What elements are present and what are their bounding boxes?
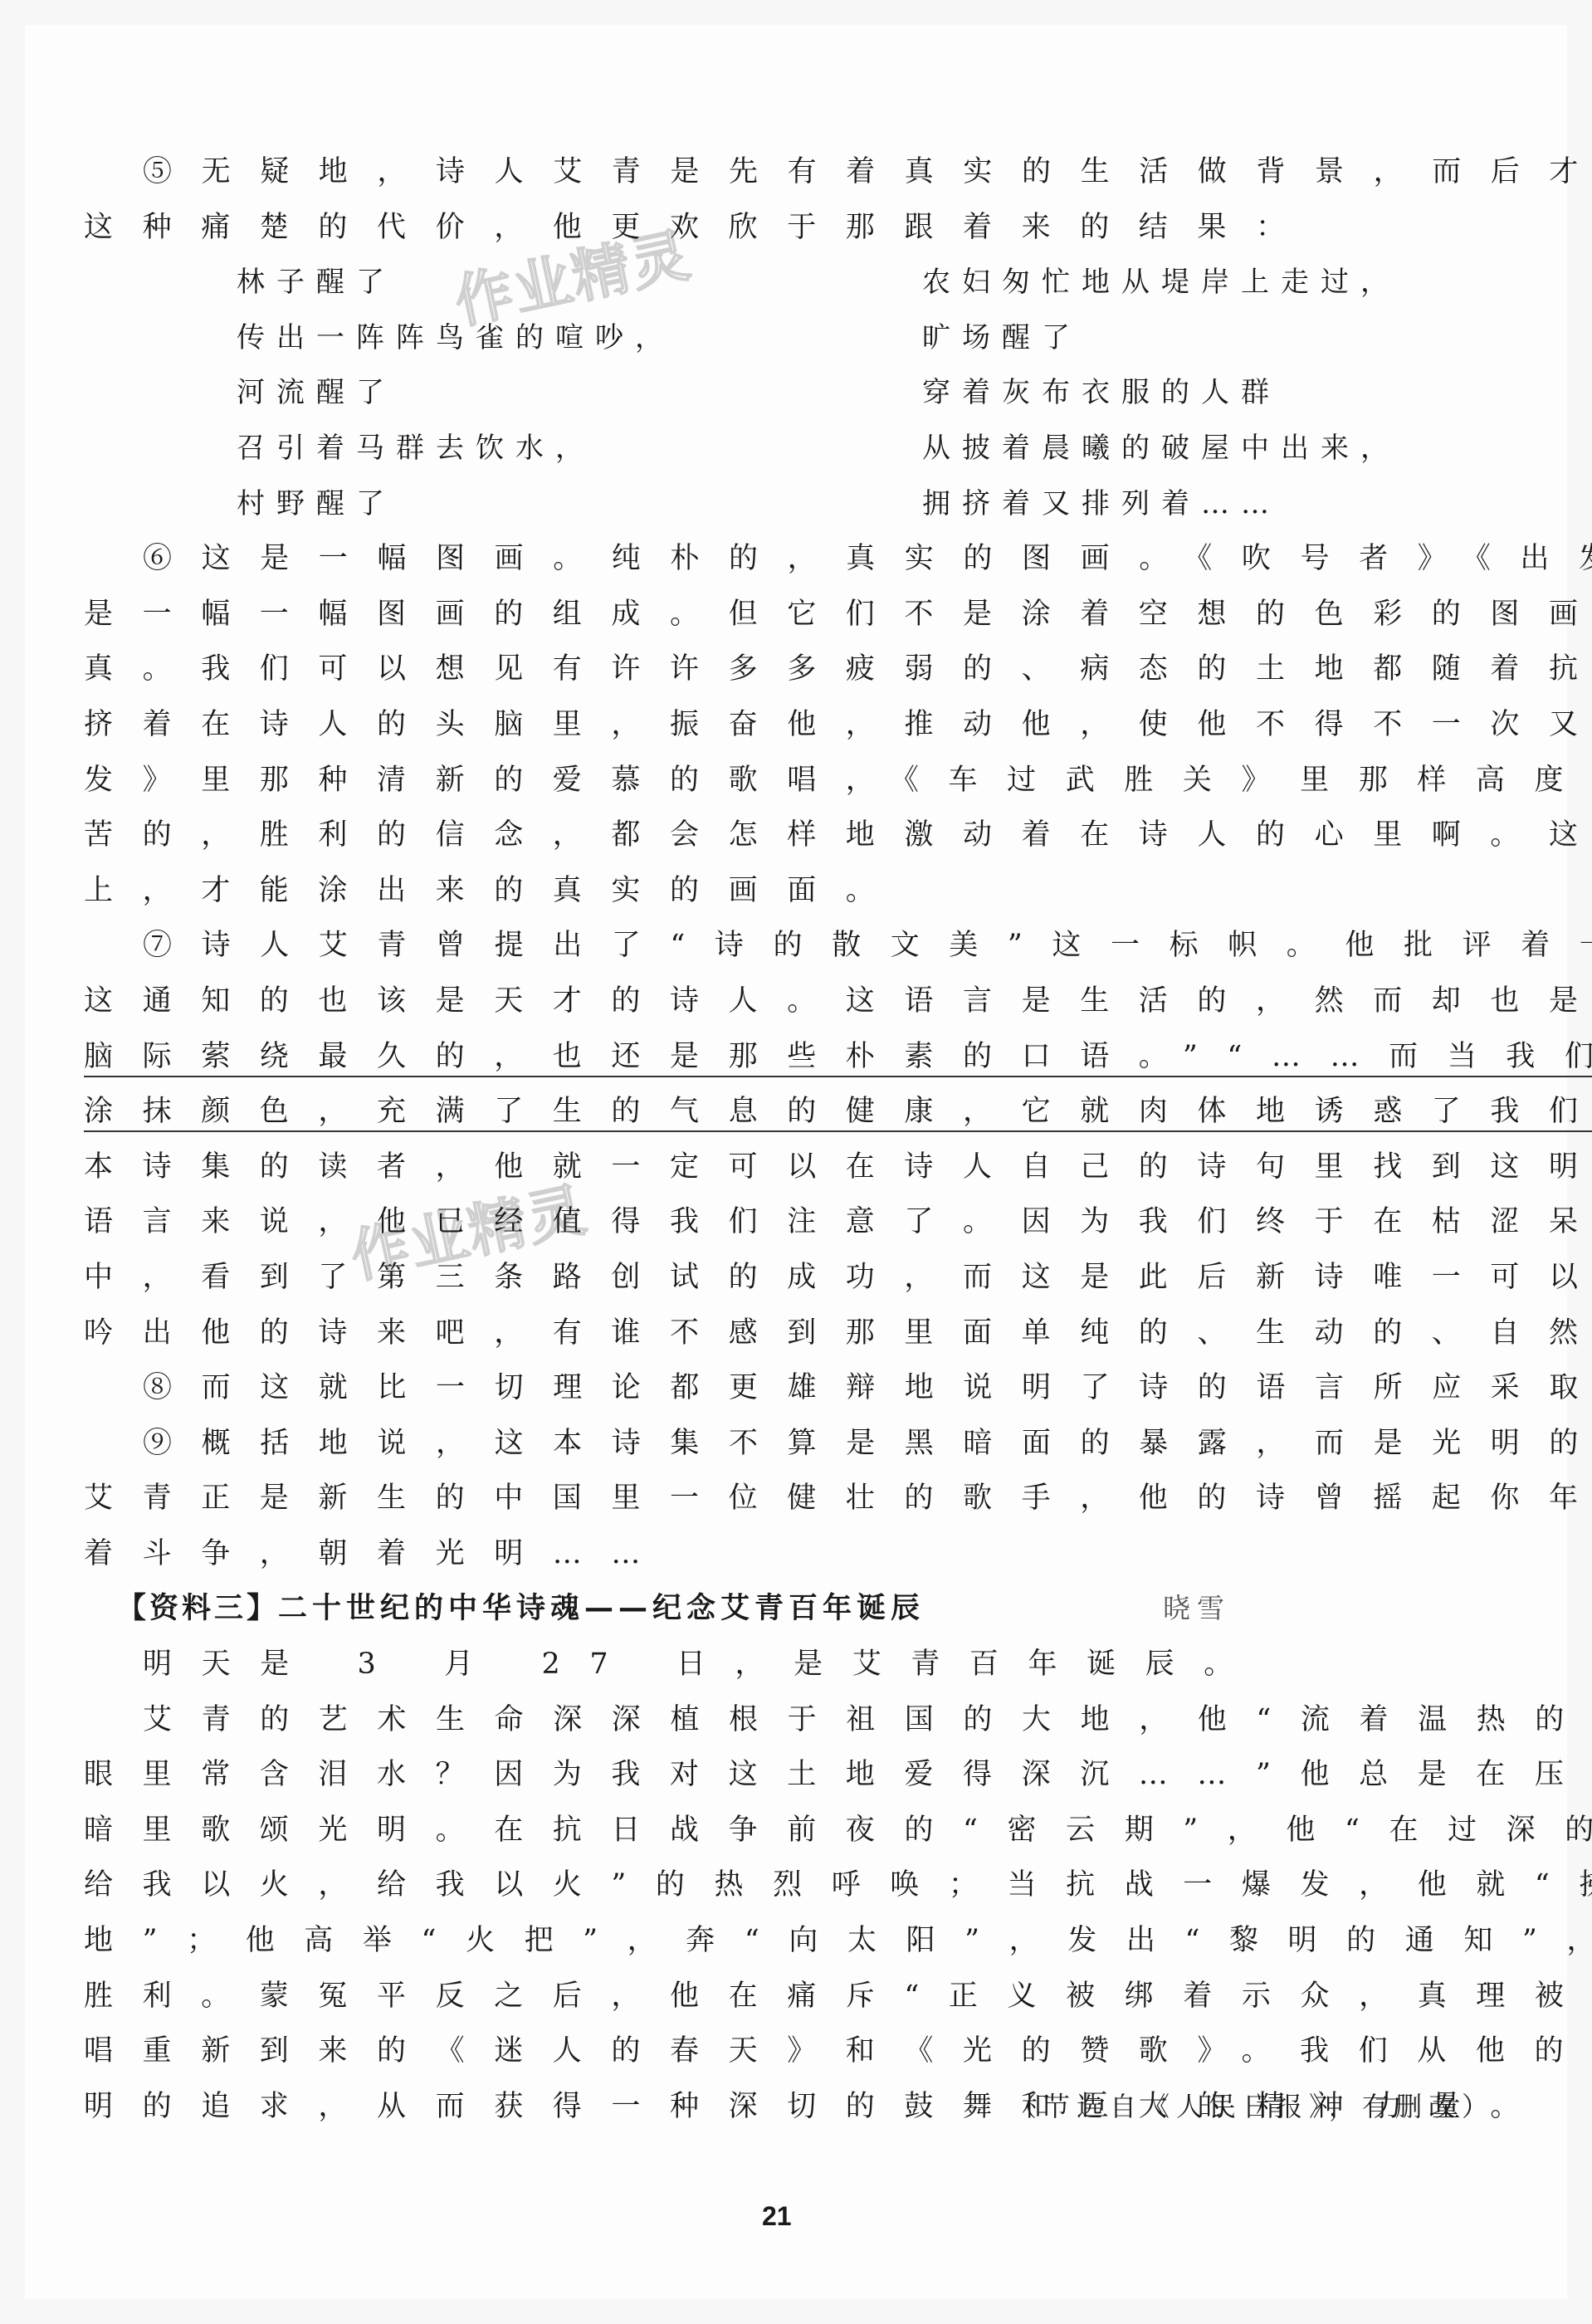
- text-line: ⑨概括地说，这本诗集不算是黑暗面的暴露，而是光明的鼓舞。从这本诗里我们可以认出，…: [84, 1416, 1495, 1472]
- poem-line: 穿着灰布衣服的人群: [922, 365, 1400, 421]
- material-three-paragraph-1: 明天是 3 月 27 日，是艾青百年诞辰。: [84, 1637, 1495, 1692]
- poem-line: 拥挤着又排列着……: [922, 476, 1400, 532]
- text-line: ⑥这是一幅图画。纯朴的，真实的图画。《吹号者》《出发》《车过武胜关》《除夕》《纵…: [84, 531, 1495, 587]
- text-line: 上，才能涂出来的真实的画面。: [84, 863, 1495, 919]
- text-line: 这通知的也该是天才的诗人。这语言是生活的，然而却也是那么新鲜而单纯。”又说，“语…: [84, 974, 1495, 1029]
- text-line: 这种痛楚的代价，他更欢欣于那跟着来的结果：: [84, 200, 1495, 256]
- poem-line: 村野醒了: [237, 476, 675, 532]
- text-line: 挤着在诗人的头脑里，振奋他，推动他，使他不得不一次又一次地用粗大的线条把它们表现…: [84, 697, 1495, 753]
- text-line: 明的追求，从而获得一种深切的鼓舞和巨大的精神力量。 （节选自《人民日报》，有删改…: [84, 2079, 1495, 2135]
- text-line: 地”；他高举“火把”，奔“向太阳”，发出“黎明的通知”，在一片欢呼声中“伸张着两…: [84, 1913, 1495, 1969]
- text-line: 唱重新到来的《迷人的春天》和《光的赞歌》。我们从他的全部作品中感受到了人类永不停…: [84, 2024, 1495, 2079]
- poem-line: 河流醒了: [237, 365, 675, 421]
- poem-column-right: 农妇匆忙地从堤岸上走过， 旷场醒了 穿着灰布衣服的人群 从披着晨曦的破屋中出来，…: [922, 255, 1400, 531]
- document-page: 作业精灵 作业精灵 ⑤无疑地，诗人艾青是先有着真实的生活做背景，而后才提炼出这样…: [25, 25, 1567, 2299]
- paragraph-6: ⑥这是一幅图画。纯朴的，真实的图画。《吹号者》《出发》《车过武胜关》《除夕》《纵…: [84, 531, 1495, 918]
- underlined-quote: 涂抹颜色，充满了生的气息的健康，它就肉体地诱惑了我们。”这些话是对的。: [84, 1095, 1592, 1128]
- paragraph-8: ⑧而这就比一切理论都更雄辩地说明了诗的语言所应采取的路线。: [84, 1360, 1495, 1416]
- material-three-heading: 【资料三】 二十世纪的中华诗魂——纪念艾青百年诞辰 晓雪: [84, 1581, 1495, 1637]
- poem-line: 农妇匆忙地从堤岸上走过，: [922, 255, 1400, 310]
- text-line: ⑧而这就比一切理论都更雄辩地说明了诗的语言所应采取的路线。: [84, 1360, 1495, 1416]
- text-line: 吟出他的诗来吧，有谁不感到那里面单纯的、生动的、自然的节奏美的么？: [84, 1306, 1495, 1361]
- text-line: 是一幅一幅图画的组成。但它们不是涂着空想的色彩的图画，而是透着生活的，显得特别亲…: [84, 587, 1495, 642]
- text-line: 中，看到了第三条路创试的成功，而这是此后新诗唯一可以凭借的路子。让我们像平日说话…: [84, 1250, 1495, 1306]
- text-line: 暗里歌颂光明。在抗日战争前夜的“密云期”，他“在过深的怨愤里”渴望民族精神的奋起…: [84, 1803, 1495, 1858]
- poem-line: 召引着马群去饮水，: [237, 421, 675, 476]
- text-segment: 这通知的也该是天才的诗人。这语言是生活的，然而却也是那么新鲜而单纯。”又说，: [84, 984, 1592, 1018]
- text-line: 苦的，胜利的信念，都会怎样地激动着在诗人的心里啊。这只能是以博大深厚的情绪，在复…: [84, 808, 1495, 863]
- text-line: 艾青正是新生的中国里一位健壮的歌手，他的诗曾摇起你年轻的精力，鼓舞你更欢快地朝着…: [84, 1471, 1495, 1526]
- text-line: 着斗争，朝着光明……: [84, 1526, 1495, 1582]
- text-line: ⑤无疑地，诗人艾青是先有着真实的生活做背景，而后才提炼出这样的诗句来的。因为他知…: [84, 144, 1495, 200]
- text-line: 本诗集的读者，他就一定可以在诗人自己的诗句里找到这明证，那么，光就作者在诗里所采…: [84, 1140, 1495, 1195]
- article-author: 晓雪: [1163, 1581, 1231, 1637]
- paragraph-5: ⑤无疑地，诗人艾青是先有着真实的生活做背景，而后才提炼出这样的诗句来的。因为他知…: [84, 144, 1495, 255]
- text-line: 语言来说，他已经值得我们注意了。因为我们终于在枯涩呆板的标语口号和贫血的堆砌的词…: [84, 1194, 1495, 1250]
- article-title: 二十世纪的中华诗魂——纪念艾青百年诞辰: [278, 1581, 925, 1637]
- text-line: 胜利。蒙冤平反之后，他在痛斥“正义被绑着示众，真理被蒙上眼睛”的十年浩劫的同时，…: [84, 1969, 1495, 2024]
- page-number: 21: [762, 2201, 792, 2232]
- text-line: ⑦诗人艾青曾提出了“诗的散文美”这一标帜。他批评着一个工友的句子说：“这是美的。…: [84, 918, 1495, 974]
- page-content: ⑤无疑地，诗人艾青是先有着真实的生活做背景，而后才提炼出这样的诗句来的。因为他知…: [84, 144, 1495, 2134]
- paragraph-7: ⑦诗人艾青曾提出了“诗的散文美”这一标帜。他批评着一个工友的句子说：“这是美的。…: [84, 918, 1495, 1360]
- text-line: 给我以火，给我以火”的热烈呼唤；当抗战一爆发，他就“拂去往日的忧郁”，激情地歌唱…: [84, 1858, 1495, 1913]
- material-three-paragraph-2: 艾青的艺术生命深深植根于祖国的大地，他“流着温热的眼泪，哭泣我们的世纪”。“为什…: [84, 1692, 1495, 2135]
- poem-excerpt: 林子醒了 传出一阵阵鸟雀的喧吵， 河流醒了 召引着马群去饮水， 村野醒了 农妇匆…: [84, 255, 1495, 531]
- poem-column-left: 林子醒了 传出一阵阵鸟雀的喧吵， 河流醒了 召引着马群去饮水， 村野醒了: [237, 255, 675, 531]
- poem-line: 林子醒了: [237, 255, 675, 310]
- text-line: 眼里常含泪水？因为我对这土地爱得深沉……”他总是在压迫下歌颂反抗，在苦难中歌颂斗…: [84, 1747, 1495, 1803]
- section-tag: 【资料三】: [117, 1581, 279, 1637]
- poem-line: 从披着晨曦的破屋中出来，: [922, 421, 1400, 476]
- text-line: 真。我们可以想见有许许多多疲弱的、病态的土地都随着抗战的到来而蓬勃起来了，它们正…: [84, 642, 1495, 697]
- text-line: 脑际萦绕最久的，也还是那些朴素的口语。”“……而当我们熟视了散文的不修饰的美，不…: [84, 1029, 1495, 1085]
- poem-line: 传出一阵阵鸟雀的喧吵，: [237, 310, 675, 366]
- text-line: 涂抹颜色，充满了生的气息的健康，它就肉体地诱惑了我们。”这些话是对的。只要是细细…: [84, 1084, 1495, 1140]
- text-line: 艾青的艺术生命深深植根于祖国的大地，他“流着温热的眼泪，哭泣我们的世纪”。“为什…: [84, 1692, 1495, 1748]
- paragraph-9: ⑨概括地说，这本诗集不算是黑暗面的暴露，而是光明的鼓舞。从这本诗里我们可以认出，…: [84, 1416, 1495, 1582]
- source-citation: （节选自《人民日报》，有删改）: [1010, 2079, 1495, 2135]
- underlined-quote: 脑际萦绕最久的，也还是那些朴素的口语。”“……而当我们熟视了散文的不修饰的美，不…: [84, 1040, 1592, 1073]
- poem-line: 旷场醒了: [922, 310, 1400, 366]
- text-line: 明天是 3 月 27 日，是艾青百年诞辰。: [84, 1637, 1495, 1692]
- text-line: 发》里那种清新的爱慕的歌唱，《车过武胜关》里那样高度的斗争的热情，和《除夕》里那…: [84, 753, 1495, 808]
